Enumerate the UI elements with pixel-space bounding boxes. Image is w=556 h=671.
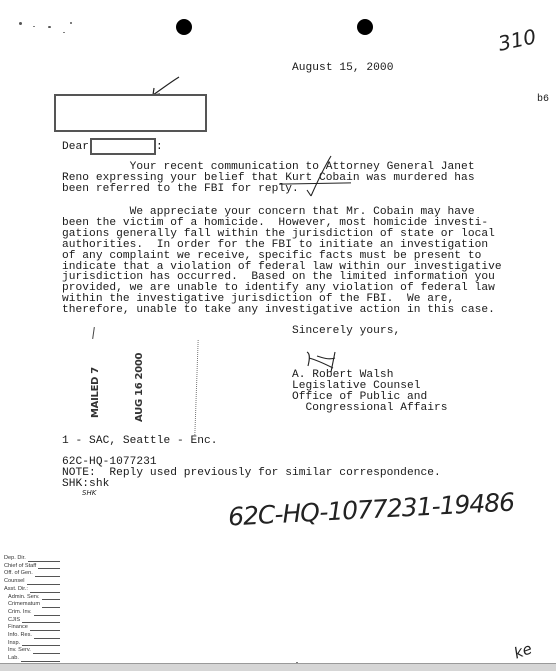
letter-date: August 15, 2000: [292, 63, 393, 74]
stamp-dotted-line: [194, 340, 198, 435]
scan-speck: [33, 26, 35, 27]
routing-item-blank: [35, 576, 60, 577]
routing-list: Dep. Dir.Chief of StaffOff. of Gen.Couns…: [4, 555, 60, 671]
cc-line: 1 - SAC, Seattle - Enc.: [62, 436, 218, 447]
handwritten-corner-initials: ke: [511, 639, 534, 662]
scan-speck: [70, 22, 72, 24]
routing-item-label: Crimematum: [8, 601, 40, 609]
letter-page: 310 August 15, 2000 b6 Dear : Your recen…: [0, 0, 556, 663]
routing-item-blank: [22, 622, 60, 623]
scan-mark: [92, 327, 95, 339]
routing-item-label: Lab.: [8, 655, 19, 663]
routing-item-blank: [42, 599, 60, 600]
routing-item: Crimematum: [4, 601, 60, 609]
handwritten-file-number: 310: [496, 24, 538, 55]
routing-item-label: Dep. Dir.: [4, 555, 26, 563]
signature-block: A. Robert Walsh Legislative Counsel Offi…: [292, 370, 448, 414]
scan-speck: [63, 32, 65, 33]
paragraph-referral: Your recent communication to Attorney Ge…: [62, 162, 475, 195]
routing-item-blank: [34, 615, 60, 616]
routing-item: Off. of Gen.: [4, 570, 60, 578]
routing-item-label: CJIS: [8, 617, 20, 625]
routing-item-label: Asst. Dir.:: [4, 586, 28, 594]
closing: Sincerely yours,: [292, 326, 400, 337]
routing-item-blank: [42, 607, 60, 608]
routing-item: Asst. Dir.:: [4, 586, 60, 594]
routing-item-blank: [38, 568, 60, 569]
handwritten-serial-number: 62C-HQ-1077231-19486: [227, 488, 514, 532]
handwritten-check-icon: [305, 154, 335, 198]
signer-office-line2: Congressional Affairs: [292, 403, 448, 414]
routing-item-label: Inv. Serv.: [8, 647, 31, 655]
routing-item: Crim. Inv.: [4, 609, 60, 617]
routing-item: Insp.: [4, 640, 60, 648]
routing-item-label: Info. Res.: [8, 632, 32, 640]
routing-item: Chief of Staff: [4, 563, 60, 571]
viewer-bottom-bar: [0, 663, 556, 671]
routing-item-blank: [30, 630, 60, 631]
routing-item: Admin. Serv.: [4, 594, 60, 602]
routing-item: Dep. Dir.: [4, 555, 60, 563]
mailed-stamp: MAILED 7: [90, 367, 101, 418]
handwritten-typist-initials: SHK: [82, 489, 96, 497]
routing-item-blank: [28, 561, 60, 562]
body-line: of any complaint we receive, specific fa…: [62, 251, 502, 262]
scan-speck: [19, 22, 22, 25]
body-line: been referred to the FBI for reply.: [62, 184, 475, 195]
routing-item-blank: [30, 592, 60, 593]
body-line: authorities. In order for the FBI to ini…: [62, 240, 502, 251]
routing-item: Finance: [4, 624, 60, 632]
routing-item: Counsel: [4, 578, 60, 586]
salutation: Dear: [62, 142, 89, 153]
routing-item-label: Insp.: [8, 640, 20, 648]
routing-item-blank: [22, 645, 60, 646]
routing-item-label: Crim. Inv.: [8, 609, 32, 617]
routing-item: CJIS: [4, 617, 60, 625]
salutation-colon: :: [156, 142, 163, 153]
redacted-address-block: [54, 94, 207, 132]
note-line: NOTE: Reply used previously for similar …: [62, 468, 441, 479]
routing-item: Lab.: [4, 655, 60, 663]
routing-item-label: Admin. Serv.: [8, 594, 40, 602]
routing-item-label: Counsel: [4, 578, 25, 586]
routing-item-blank: [33, 653, 60, 654]
routing-item-blank: [21, 661, 60, 662]
routing-item: Inv. Serv.: [4, 647, 60, 655]
date-stamp: AUG 16 2000: [134, 353, 145, 422]
routing-item-blank: [27, 584, 60, 585]
paragraph-jurisdiction: We appreciate your concern that Mr. Coba…: [62, 207, 502, 316]
routing-item-label: Finance: [8, 624, 28, 632]
scan-speck: [48, 26, 51, 28]
punch-hole-right: [357, 19, 373, 35]
punch-hole-left: [176, 19, 192, 35]
routing-item: Info. Res.: [4, 632, 60, 640]
routing-item-blank: [34, 638, 60, 639]
exemption-code: b6: [537, 95, 549, 106]
routing-item-label: Chief of Staff: [4, 563, 36, 571]
body-line: therefore, unable to take any investigat…: [62, 305, 502, 316]
redacted-recipient-name: [90, 138, 156, 155]
routing-item-label: Off. of Gen.: [4, 570, 33, 578]
